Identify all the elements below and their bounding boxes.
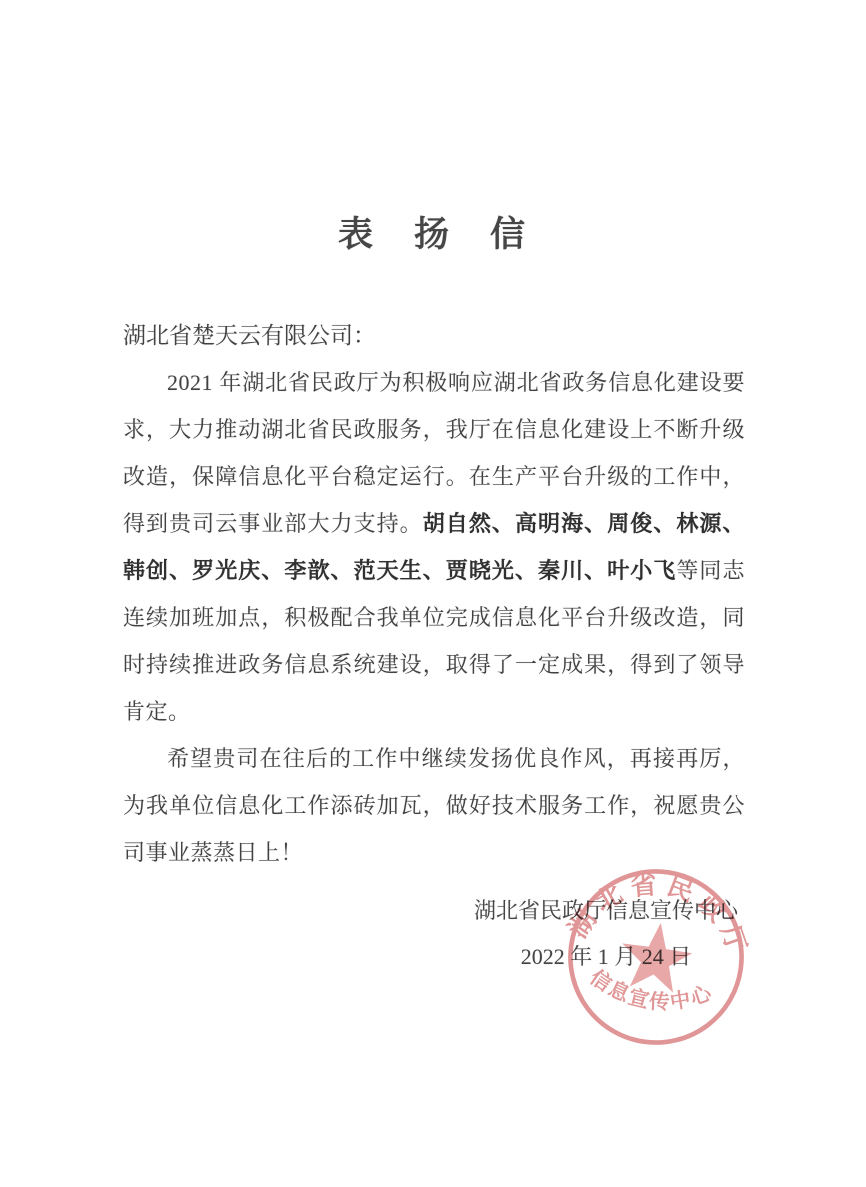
paragraph-1: 2021 年湖北省民政厅为积极响应湖北省政务信息化建设要求，大力推动湖北省民政服… [123, 359, 745, 735]
paragraph-2: 希望贵司在往后的工作中继续发扬优良作风，再接再厉，为我单位信息化工作添砖加瓦，做… [123, 735, 745, 876]
signature-block: 湖北省民政厅信息宣传中心 2022 年 1 月 24 日 [436, 898, 776, 970]
seal-bottom-text: 信息宣传中心 [583, 963, 719, 1022]
signature-organization: 湖北省民政厅信息宣传中心 [436, 898, 776, 924]
salutation: 湖北省楚天云有限公司： [123, 312, 745, 359]
scanned-letter-page: 表 扬 信 湖北省楚天云有限公司： 2021 年湖北省民政厅为积极响应湖北省政务… [0, 0, 866, 1187]
letter-body: 湖北省楚天云有限公司： 2021 年湖北省民政厅为积极响应湖北省政务信息化建设要… [0, 312, 866, 876]
signature-date: 2022 年 1 月 24 日 [436, 944, 776, 970]
letter-title: 表 扬 信 [0, 0, 866, 257]
